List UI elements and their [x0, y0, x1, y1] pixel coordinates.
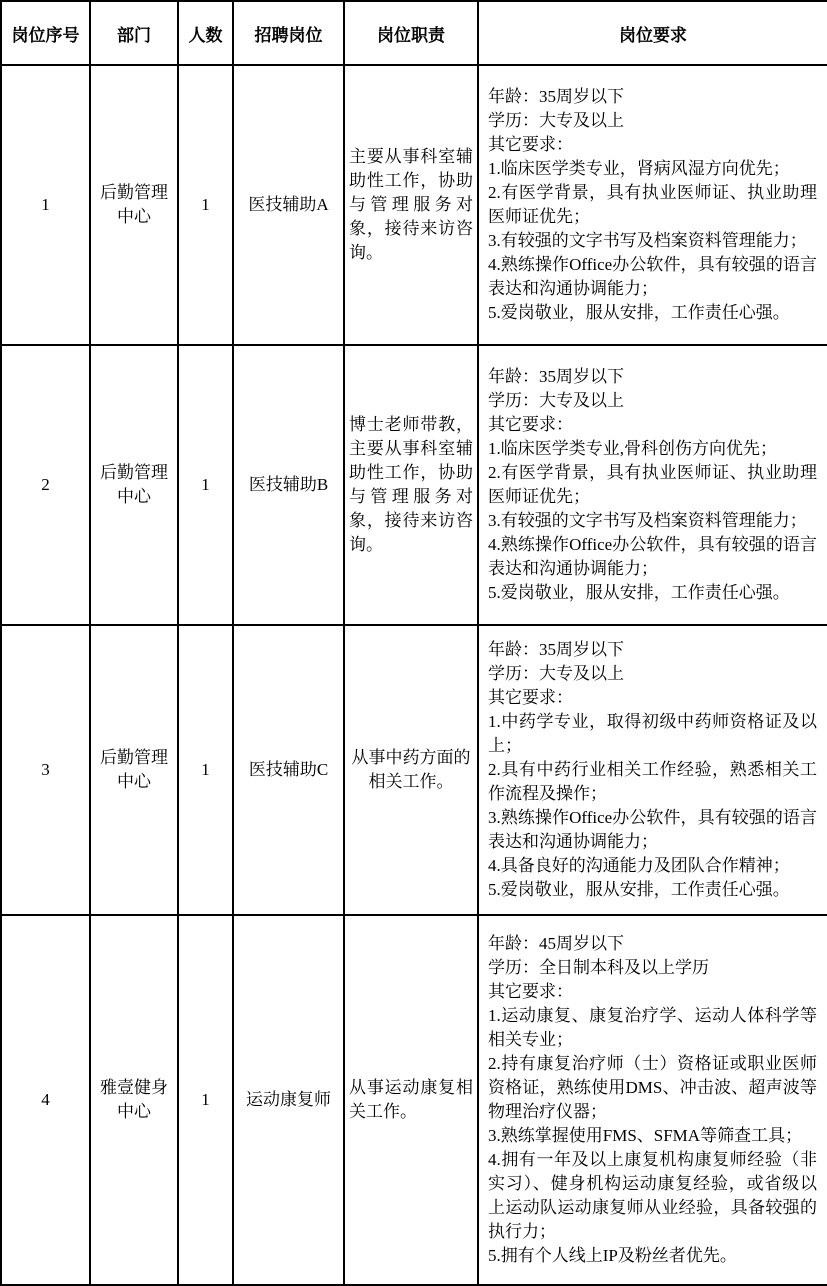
cell-duties: 主要从事科室辅助性工作，协助与管理服务对象，接待来访咨询。: [344, 65, 478, 345]
cell-headcount: 1: [178, 345, 233, 625]
cell-requirements: 年龄：35周岁以下 学历：大专及以上 其它要求： 1.中药学专业，取得初级中药师…: [478, 625, 827, 915]
cell-duties: 从事运动康复相关工作。: [344, 915, 478, 1285]
cell-position-no: 3: [1, 625, 90, 915]
cell-position-title: 医技辅助A: [233, 65, 344, 345]
cell-requirements: 年龄：35周岁以下 学历：大专及以上 其它要求： 1.临床医学类专业,骨科创伤方…: [478, 345, 827, 625]
recruitment-notice-page: 岗位序号 部门 人数 招聘岗位 岗位职责 岗位要求 1 后勤管理中心 1 医技辅…: [0, 0, 827, 1284]
cell-department: 后勤管理中心: [90, 625, 178, 915]
cell-position-title: 医技辅助B: [233, 345, 344, 625]
header-requirements: 岗位要求: [478, 1, 827, 65]
cell-duties: 博士老师带教，主要从事科室辅助性工作，协助与管理服务对象，接待来访咨询。: [344, 345, 478, 625]
cell-department: 雅壹健身中心: [90, 915, 178, 1285]
cell-department: 后勤管理中心: [90, 345, 178, 625]
cell-headcount: 1: [178, 65, 233, 345]
cell-requirements: 年龄：45周岁以下 学历：全日制本科及以上学历 其它要求： 1.运动康复、康复治…: [478, 915, 827, 1285]
cell-position-no: 1: [1, 65, 90, 345]
cell-department: 后勤管理中心: [90, 65, 178, 345]
header-position-no: 岗位序号: [1, 1, 90, 65]
table-row: 1 后勤管理中心 1 医技辅助A 主要从事科室辅助性工作，协助与管理服务对象，接…: [1, 65, 827, 345]
table-header-row: 岗位序号 部门 人数 招聘岗位 岗位职责 岗位要求: [1, 1, 827, 65]
cell-headcount: 1: [178, 625, 233, 915]
cell-duties: 从事中药方面的相关工作。: [344, 625, 478, 915]
cell-position-no: 2: [1, 345, 90, 625]
header-duties: 岗位职责: [344, 1, 478, 65]
cell-position-title: 运动康复师: [233, 915, 344, 1285]
header-position-title: 招聘岗位: [233, 1, 344, 65]
table-row: 4 雅壹健身中心 1 运动康复师 从事运动康复相关工作。 年龄：45周岁以下 学…: [1, 915, 827, 1285]
cell-headcount: 1: [178, 915, 233, 1285]
table-row: 3 后勤管理中心 1 医技辅助C 从事中药方面的相关工作。 年龄：35周岁以下 …: [1, 625, 827, 915]
cell-position-title: 医技辅助C: [233, 625, 344, 915]
header-department: 部门: [90, 1, 178, 65]
header-headcount: 人数: [178, 1, 233, 65]
recruitment-table: 岗位序号 部门 人数 招聘岗位 岗位职责 岗位要求 1 后勤管理中心 1 医技辅…: [0, 0, 827, 1286]
table-row: 2 后勤管理中心 1 医技辅助B 博士老师带教，主要从事科室辅助性工作，协助与管…: [1, 345, 827, 625]
cell-requirements: 年龄：35周岁以下 学历：大专及以上 其它要求： 1.临床医学类专业，肾病风湿方…: [478, 65, 827, 345]
cell-position-no: 4: [1, 915, 90, 1285]
